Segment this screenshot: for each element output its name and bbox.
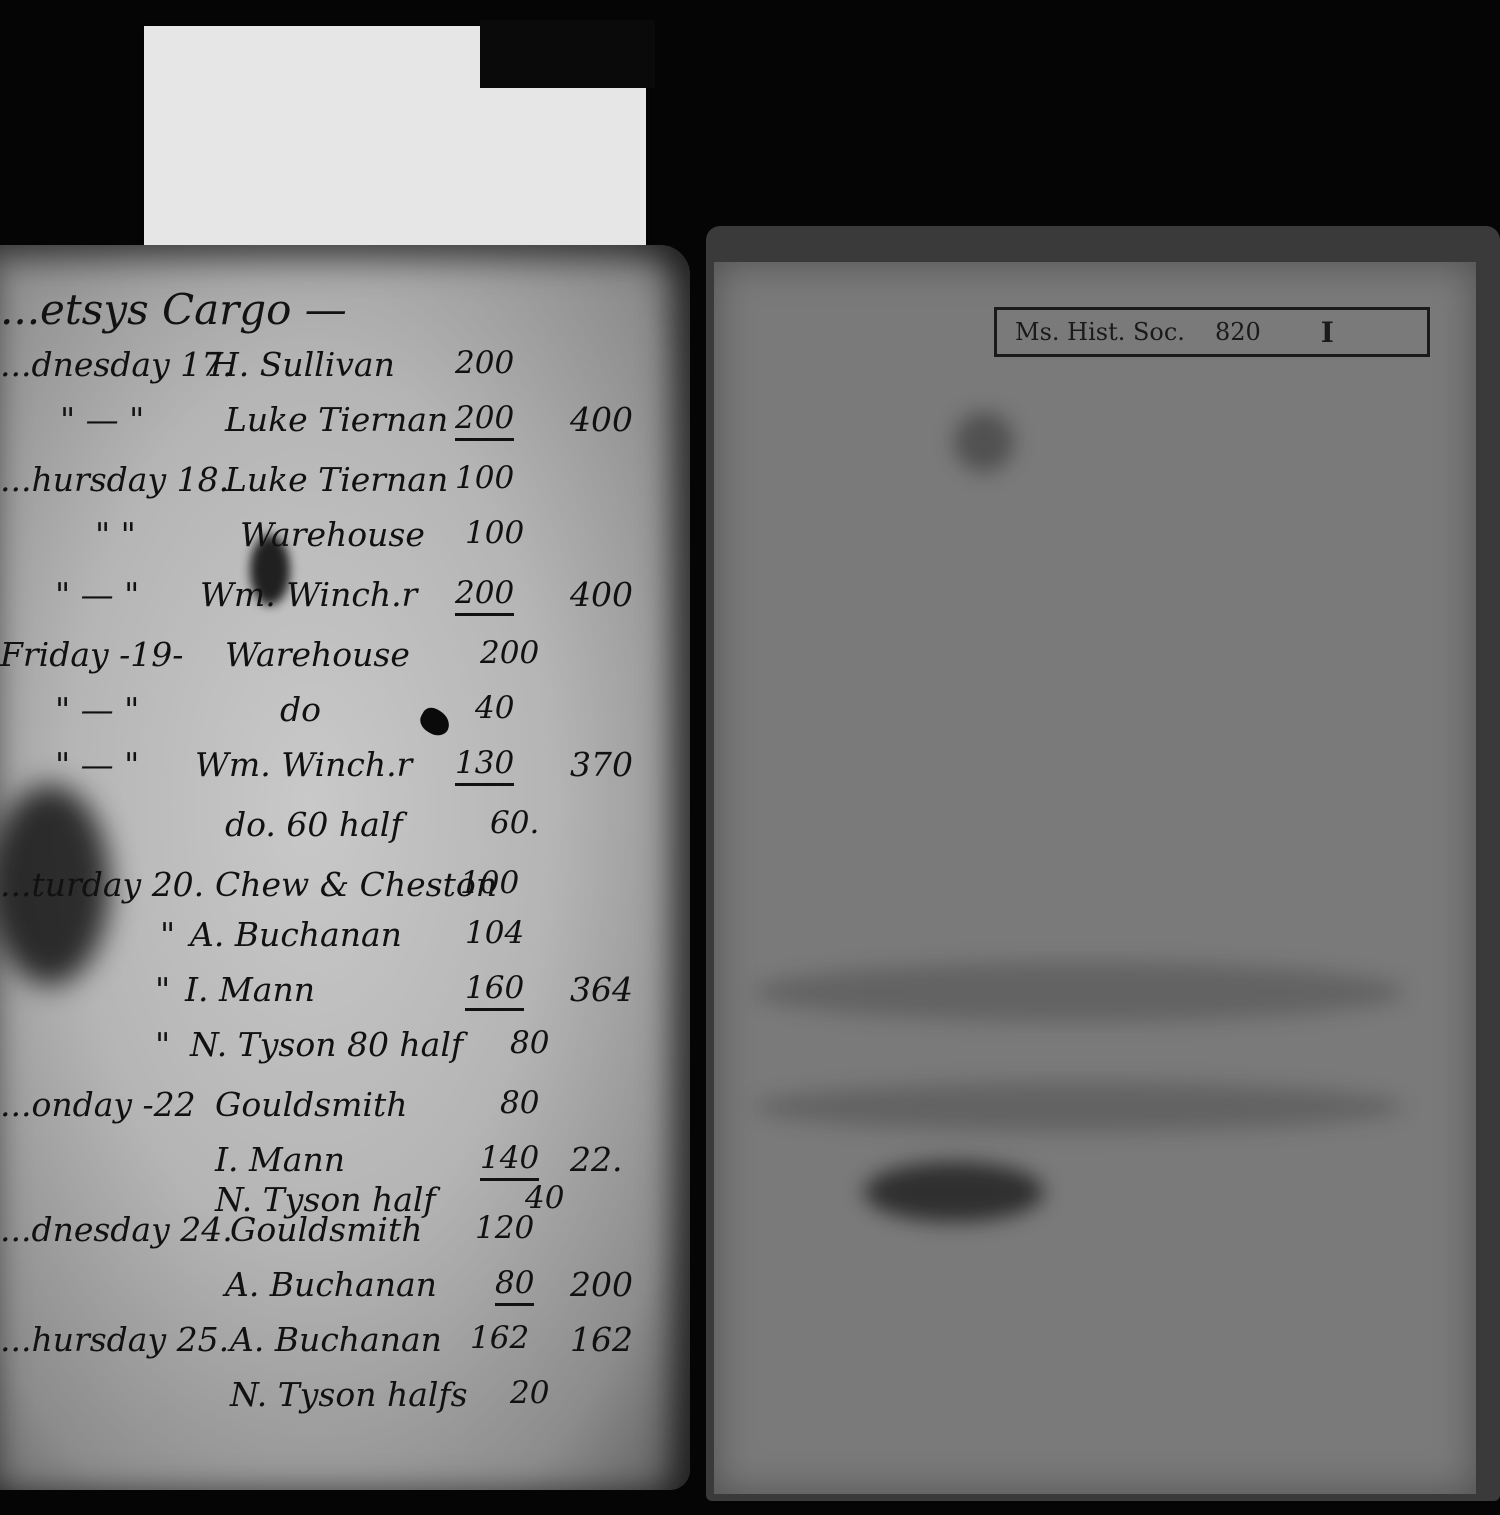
smudge [754,1082,1404,1132]
ledger-amount: 100 [465,515,524,551]
smudge [754,962,1404,1022]
ledger-total: 22. [570,1140,622,1179]
ledger-amount: 100 [455,460,514,496]
ledger-amount: 20 [510,1375,549,1411]
ledger-total: 364 [570,970,633,1009]
ledger-name: Gouldsmith [230,1210,422,1249]
ledger-total: 400 [570,575,633,614]
ledger-amount: 80 [500,1085,539,1121]
ledger-name: Wm. Winch.r [195,745,412,784]
ledger-amount: 120 [475,1210,534,1246]
smudge [954,412,1014,472]
ledger-day: ...onday -22 [0,1085,196,1124]
ledger-day: " — " [55,690,139,729]
ledger-day: " — " [60,400,144,439]
ledger-amount: 130 [455,745,514,786]
ledger-day: Friday -19- [0,635,183,674]
ledger-day: " [160,915,175,954]
ledger-amount: 100 [460,865,519,901]
ledger-amount: 80 [495,1265,534,1306]
shelf-mark-label: Ms. Hist. Soc. 820 I [994,307,1430,357]
ledger-day: ...dnesday 24. [0,1210,233,1249]
ledger-amount: 80 [510,1025,549,1061]
ledger-day: ...dnesday 17. [0,345,233,384]
ledger-total: 370 [570,745,633,784]
ledger-name: H. Sullivan [210,345,395,384]
ledger-name: Luke Tiernan [225,400,448,439]
ledger-name: Gouldsmith [215,1085,407,1124]
ledger-amount: 200 [455,400,514,441]
ledger-amount: 200 [480,635,539,671]
ledger-name: Warehouse [225,635,410,674]
ledger-amount: 162 [470,1320,529,1356]
smudge [864,1162,1044,1222]
ledger-name: Warehouse [240,515,425,554]
ledger-name: N. Tyson 80 half [190,1025,463,1064]
ledger-total: 200 [570,1265,633,1304]
ledger-day: " [155,1025,170,1064]
ledger-amount: 160 [465,970,524,1011]
ledger-name: A. Buchanan [190,915,402,954]
ledger-amount: 200 [455,575,514,616]
slip-notch [480,20,655,88]
shelf-label-number: 820 [1215,318,1261,346]
ledger-name: I. Mann [215,1140,345,1179]
ledger-day: " — " [55,575,139,614]
ledger-day: ...hursday 18. [0,460,229,499]
ledger-amount: 40 [475,690,514,726]
right-page [714,262,1476,1494]
ledger-name: A. Buchanan [225,1265,437,1304]
ledger-day: " [155,970,170,1009]
shelf-label-volume: I [1321,316,1334,349]
ledger-total: 162 [570,1320,633,1359]
ledger-name: N. Tyson halfs [230,1375,468,1414]
ledger-name: Chew & Cheston [215,865,497,904]
ledger-name: I. Mann [185,970,315,1009]
ledger-day: ...hursday 25. [0,1320,229,1359]
ledger-name: Wm. Winch.r [200,575,417,614]
ledger-total: 400 [570,400,633,439]
ledger-name: do [280,690,321,729]
ledger-day: " — " [55,745,139,784]
ledger-amount: 200 [455,345,514,381]
ledger-day: ...turday 20. [0,865,204,904]
ledger-amount: 60. [490,805,539,841]
shelf-label-text: Ms. Hist. Soc. [1015,318,1185,346]
ledger-day: " " [95,515,136,554]
ledger-name: do. 60 half [225,805,403,844]
ledger-heading: ...etsys Cargo — [0,285,347,334]
ledger-name: A. Buchanan [230,1320,442,1359]
ledger-name: Luke Tiernan [225,460,448,499]
ledger-amount: 104 [465,915,524,951]
ink-blot [416,704,454,740]
ledger-amount: 140 [480,1140,539,1181]
